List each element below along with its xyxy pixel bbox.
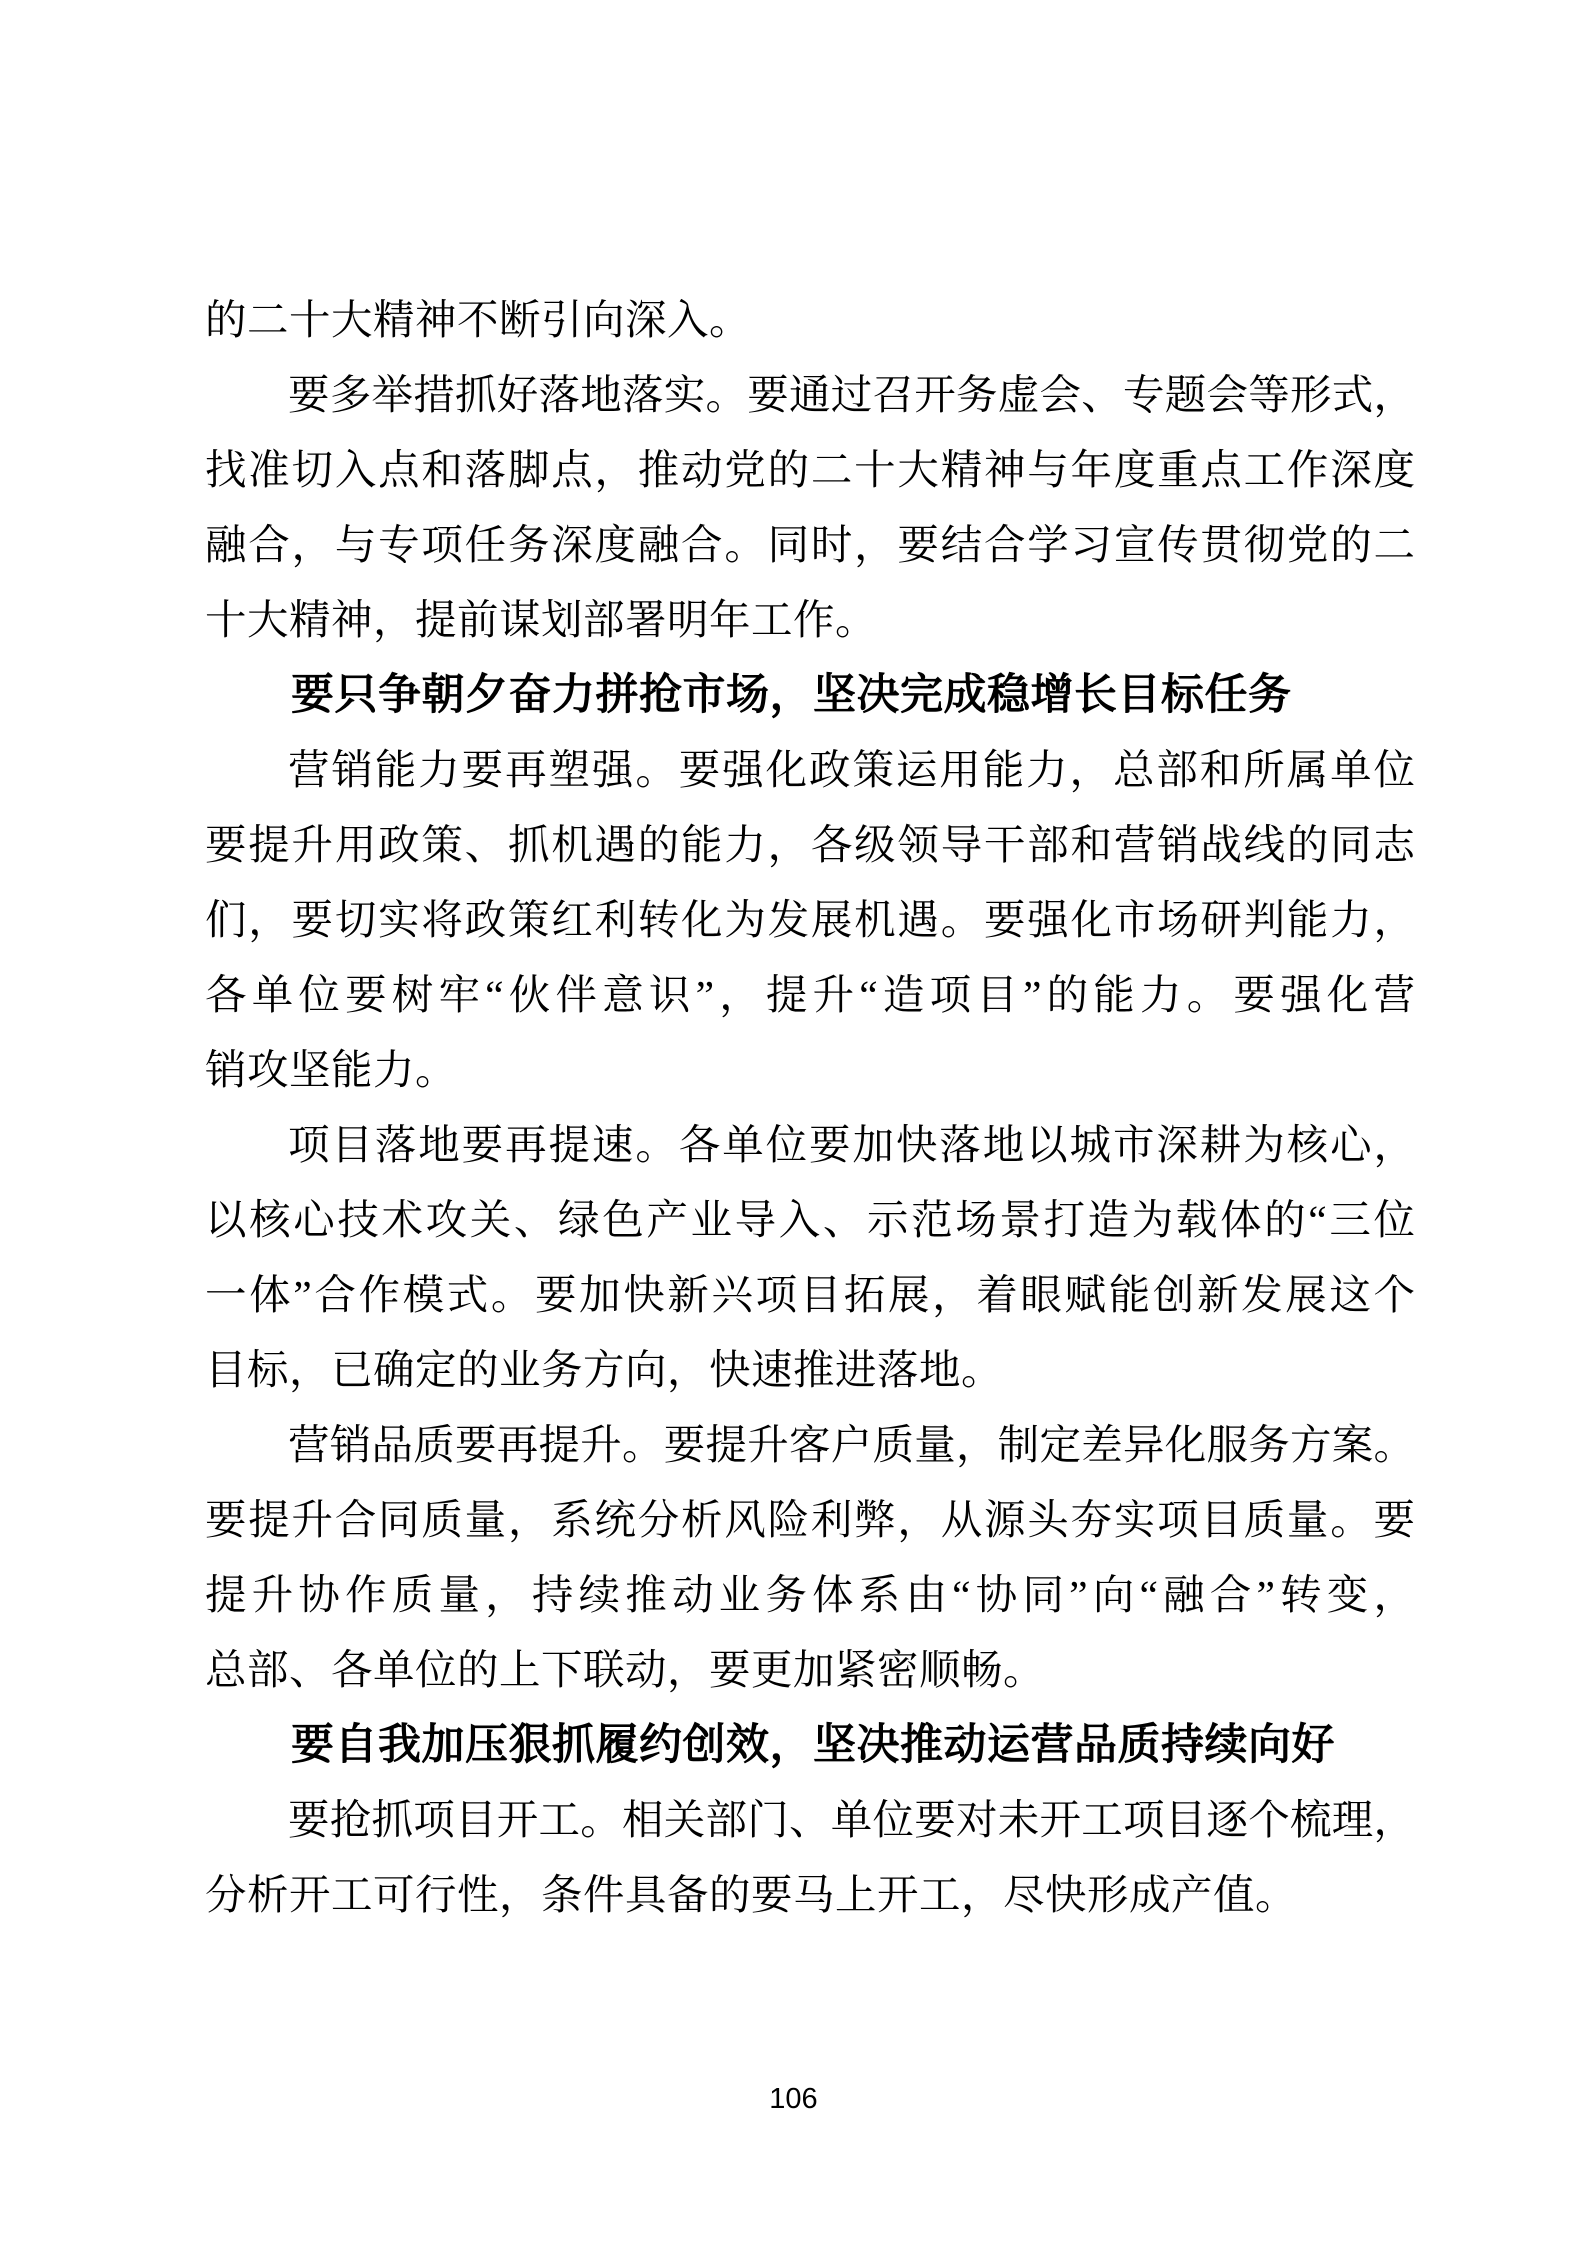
section-heading: 要自我加压狠抓履约创效，坚决推动运营品质持续向好 xyxy=(205,1708,1415,1783)
text-line: 目标，已确定的业务方向，快速推进落地。 xyxy=(205,1333,1415,1408)
page-number: 106 xyxy=(0,2083,1587,2115)
text-line: 十大精神，提前谋划部署明年工作。 xyxy=(205,583,1415,658)
text-line: 的二十大精神不断引向深入。 xyxy=(205,283,1415,358)
text-line: 各单位要树牢“伙伴意识”，提升“造项目”的能力。要强化营 xyxy=(205,958,1415,1033)
section-heading: 要只争朝夕奋力拼抢市场，坚决完成稳增长目标任务 xyxy=(205,658,1415,733)
text-line: 们，要切实将政策红利转化为发展机遇。要强化市场研判能力， xyxy=(205,883,1415,958)
text-line: 融合，与专项任务深度融合。同时，要结合学习宣传贯彻党的二 xyxy=(205,508,1415,583)
text-line: 要抢抓项目开工。相关部门、单位要对未开工项目逐个梳理， xyxy=(205,1783,1415,1858)
text-line: 营销品质要再提升。要提升客户质量，制定差异化服务方案。 xyxy=(205,1408,1415,1483)
text-line: 分析开工可行性，条件具备的要马上开工，尽快形成产值。 xyxy=(205,1858,1415,1933)
text-line: 销攻坚能力。 xyxy=(205,1033,1415,1108)
text-line: 找准切入点和落脚点，推动党的二十大精神与年度重点工作深度 xyxy=(205,433,1415,508)
document-body: 的二十大精神不断引向深入。 要多举措抓好落地落实。要通过召开务虚会、专题会等形式… xyxy=(205,283,1415,1933)
text-line: 一体”合作模式。要加快新兴项目拓展，着眼赋能创新发展这个 xyxy=(205,1258,1415,1333)
text-line: 提升协作质量，持续推动业务体系由“协同”向“融合”转变， xyxy=(205,1558,1415,1633)
text-line: 要提升用政策、抓机遇的能力，各级领导干部和营销战线的同志 xyxy=(205,808,1415,883)
document-page: 的二十大精神不断引向深入。 要多举措抓好落地落实。要通过召开务虚会、专题会等形式… xyxy=(0,0,1587,2245)
text-line: 要提升合同质量，系统分析风险利弊，从源头夯实项目质量。要 xyxy=(205,1483,1415,1558)
text-line: 项目落地要再提速。各单位要加快落地以城市深耕为核心， xyxy=(205,1108,1415,1183)
text-line: 总部、各单位的上下联动，要更加紧密顺畅。 xyxy=(205,1633,1415,1708)
text-line: 营销能力要再塑强。要强化政策运用能力，总部和所属单位 xyxy=(205,733,1415,808)
text-line: 以核心技术攻关、绿色产业导入、示范场景打造为载体的“三位 xyxy=(205,1183,1415,1258)
text-line: 要多举措抓好落地落实。要通过召开务虚会、专题会等形式， xyxy=(205,358,1415,433)
